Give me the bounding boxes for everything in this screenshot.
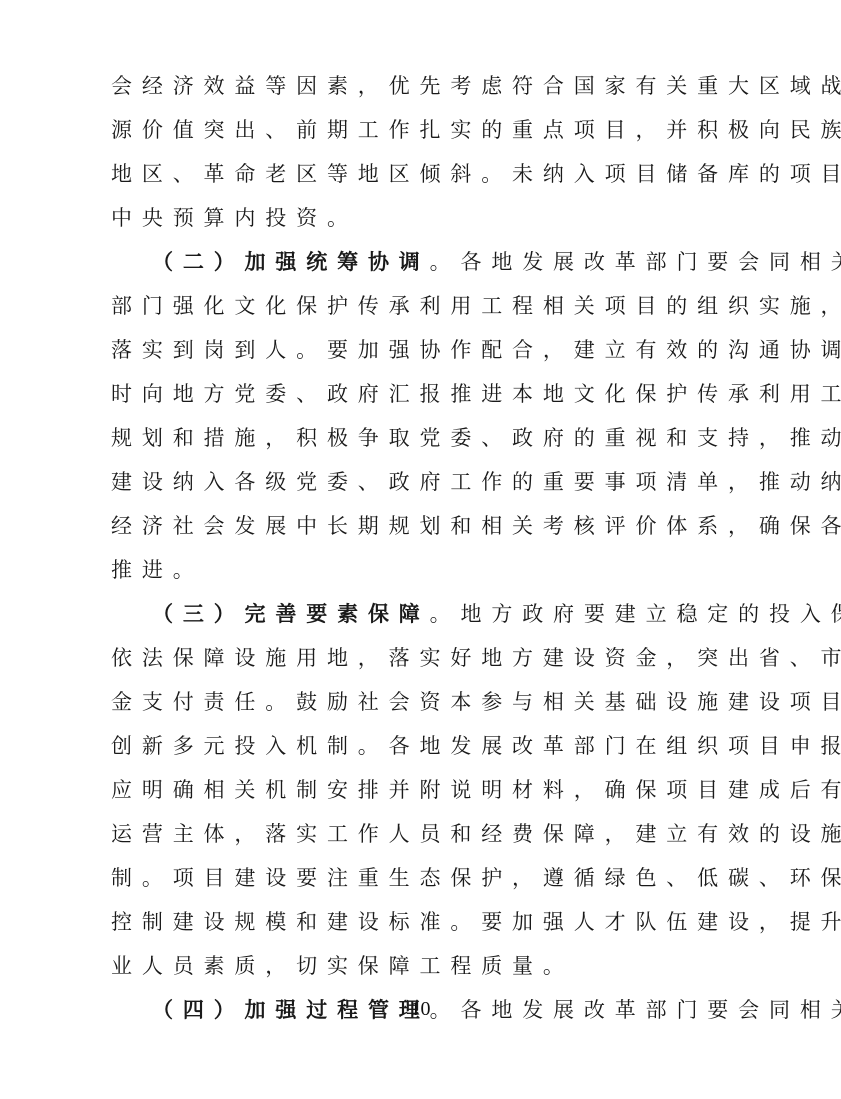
page-number: 10: [0, 998, 841, 1021]
section-heading-line: （三）完善要素保障。地方政府要建立稳定的投入保障机制，: [111, 592, 731, 636]
section-heading-3: （三）完善要素保障: [152, 601, 430, 626]
text-line: 应明确相关机制安排并附说明材料，确保项目建成后有明确的管理: [111, 768, 731, 812]
line-text: 制。项目建设要注重生态保护，遵循绿色、低碳、环保原则，严格: [111, 866, 841, 890]
line-text: 时向地方党委、政府汇报推进本地文化保护传承利用工作的思路、: [111, 382, 841, 406]
line-text: 地区、革命老区等地区倾斜。未纳入项目储备库的项目，不得安排: [111, 162, 841, 186]
text-line: 落实到岗到人。要加强协作配合，建立有效的沟通协调机制。要及: [111, 328, 731, 372]
line-text: 金支付责任。鼓励社会资本参与相关基础设施建设项目投资，探索: [111, 690, 841, 714]
text-line: 业人员素质，切实保障工程质量。: [111, 944, 731, 988]
document-page: 会经济效益等因素，优先考虑符合国家有关重大区域战略规划、资 源价值突出、前期工作…: [0, 0, 841, 1099]
line-text: 。地方政府要建立稳定的投入保障机制，: [430, 602, 841, 626]
line-text: 控制建设规模和建设标准。要加强人才队伍建设，提升项目建设从: [111, 910, 841, 934]
section-heading-line: （二）加强统筹协调。各地发展改革部门要会同相关行业主管: [111, 240, 731, 284]
text-line: 源价值突出、前期工作扎实的重点项目，并积极向民族地区、边境: [111, 108, 731, 152]
line-text: 。各地发展改革部门要会同相关行业主管: [430, 250, 841, 274]
line-text: 依法保障设施用地，落实好地方建设资金，突出省、市两级政府资: [111, 646, 841, 670]
text-line: 运营主体，落实工作人员和经费保障，建立有效的设施设备管护机: [111, 812, 731, 856]
text-line: 会经济效益等因素，优先考虑符合国家有关重大区域战略规划、资: [111, 64, 731, 108]
text-line: 金支付责任。鼓励社会资本参与相关基础设施建设项目投资，探索: [111, 680, 731, 724]
text-line: 控制建设规模和建设标准。要加强人才队伍建设，提升项目建设从: [111, 900, 731, 944]
text-line: 规划和措施，积极争取党委、政府的重视和支持，推动把相关项目: [111, 416, 731, 460]
body-text: 会经济效益等因素，优先考虑符合国家有关重大区域战略规划、资 源价值突出、前期工作…: [111, 64, 731, 1032]
text-line: 依法保障设施用地，落实好地方建设资金，突出省、市两级政府资: [111, 636, 731, 680]
text-line: 建设纳入各级党委、政府工作的重要事项清单，推动纳入各级政府: [111, 460, 731, 504]
text-line: 推进。: [111, 548, 731, 592]
line-text: 落实到岗到人。要加强协作配合，建立有效的沟通协调机制。要及: [111, 338, 841, 362]
text-line: 部门强化文化保护传承利用工程相关项目的组织实施，将工作责任: [111, 284, 731, 328]
line-text: 会经济效益等因素，优先考虑符合国家有关重大区域战略规划、资: [111, 74, 841, 98]
line-text: 应明确相关机制安排并附说明材料，确保项目建成后有明确的管理: [111, 778, 841, 802]
text-line: 创新多元投入机制。各地发展改革部门在组织项目申报、审核时，: [111, 724, 731, 768]
text-line: 中央预算内投资。: [111, 196, 731, 240]
line-text: 经济社会发展中长期规划和相关考核评价体系，确保各项工作顺利: [111, 514, 841, 538]
line-text: 运营主体，落实工作人员和经费保障，建立有效的设施设备管护机: [111, 822, 841, 846]
text-line: 地区、革命老区等地区倾斜。未纳入项目储备库的项目，不得安排: [111, 152, 731, 196]
line-text: 规划和措施，积极争取党委、政府的重视和支持，推动把相关项目: [111, 426, 841, 450]
text-line: 时向地方党委、政府汇报推进本地文化保护传承利用工作的思路、: [111, 372, 731, 416]
line-text: 推进。: [111, 558, 204, 582]
text-line: 经济社会发展中长期规划和相关考核评价体系，确保各项工作顺利: [111, 504, 731, 548]
text-line: 制。项目建设要注重生态保护，遵循绿色、低碳、环保原则，严格: [111, 856, 731, 900]
line-text: 建设纳入各级党委、政府工作的重要事项清单，推动纳入各级政府: [111, 470, 841, 494]
line-text: 源价值突出、前期工作扎实的重点项目，并积极向民族地区、边境: [111, 118, 841, 142]
line-text: 中央预算内投资。: [111, 206, 358, 230]
section-heading-2: （二）加强统筹协调: [152, 249, 430, 274]
line-text: 部门强化文化保护传承利用工程相关项目的组织实施，将工作责任: [111, 294, 841, 318]
line-text: 业人员素质，切实保障工程质量。: [111, 954, 574, 978]
line-text: 创新多元投入机制。各地发展改革部门在组织项目申报、审核时，: [111, 734, 841, 758]
